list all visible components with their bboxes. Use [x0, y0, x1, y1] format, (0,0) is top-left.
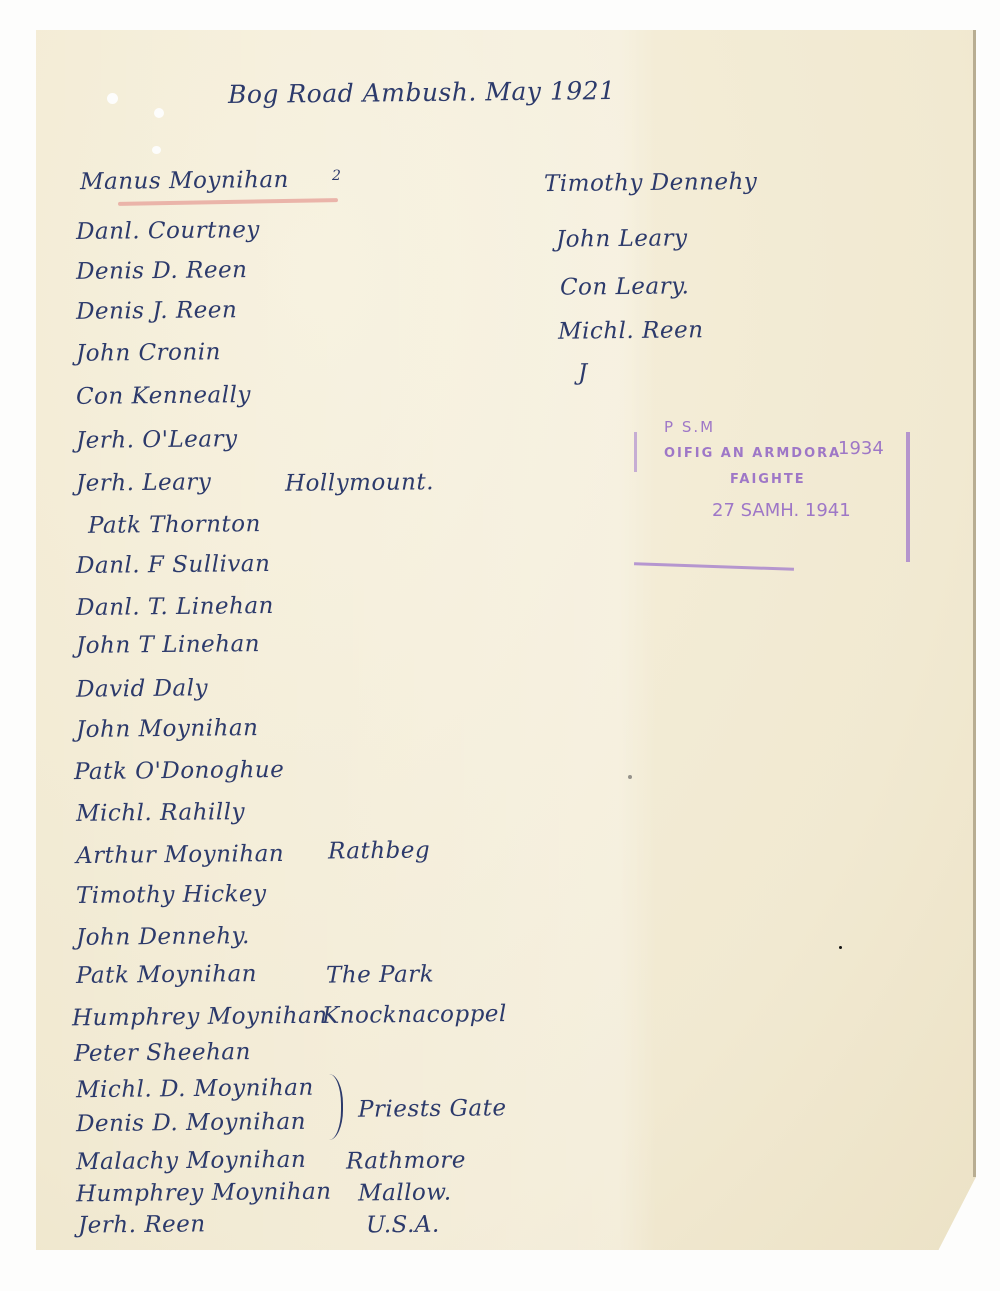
name-entry: Arthur Moynihan	[76, 841, 284, 869]
stamp-line: P S.M	[664, 418, 715, 436]
name-entry: Con Leary.	[560, 273, 690, 300]
name-entry: John Cronin	[76, 339, 221, 367]
stamp-date: 27 SAMH. 1941	[712, 500, 851, 521]
place-annotation: U.S.A.	[366, 1212, 440, 1239]
name-entry: John Dennehy.	[76, 923, 250, 951]
name-entry: Timothy Hickey	[76, 881, 267, 909]
office-stamp: P S.M 1934 OIFIG AN ARMDORA FAIGHTE 27 S…	[630, 418, 910, 568]
name-entry: Jerh. O'Leary	[76, 426, 238, 454]
name-entry: Patk Thornton	[88, 511, 261, 539]
name-entry: Michl. Reen	[558, 317, 704, 345]
paper-speck	[628, 775, 632, 779]
name-entry: Danl. Courtney	[76, 217, 260, 245]
place-annotation: Knocknacoppel	[322, 1001, 507, 1029]
paper-edge	[973, 30, 976, 1177]
punch-hole	[152, 146, 161, 154]
punch-hole	[154, 108, 164, 118]
name-entry: Humphrey Moynihan	[72, 1003, 328, 1032]
name-entry: Patk O'Donoghue	[74, 757, 284, 785]
name-entry: Michl. D. Moynihan	[76, 1075, 314, 1103]
name-entry: David Daly	[76, 675, 208, 702]
place-annotation: Rathbeg	[328, 837, 430, 864]
stamp-line: OIFIG AN ARMDORA	[664, 446, 841, 461]
name-entry: Michl. Rahilly	[76, 799, 245, 827]
name-entry: Peter Sheehan	[74, 1039, 251, 1067]
name-entry: Patk Moynihan	[76, 961, 257, 989]
name-entry: Con Kenneally	[76, 382, 251, 410]
name-entry: Danl. T. Linehan	[76, 593, 274, 621]
place-annotation: The Park	[326, 961, 434, 988]
place-annotation: Mallow.	[358, 1180, 452, 1207]
name-entry: Malachy Moynihan	[76, 1147, 306, 1175]
stamp-line: FAIGHTE	[730, 472, 806, 487]
name-entry: J	[578, 360, 588, 386]
name-entry: Denis D. Moynihan	[76, 1109, 306, 1137]
punch-hole	[107, 93, 118, 104]
place-annotation: Rathmore	[346, 1147, 466, 1174]
name-entry: Humphrey Moynihan	[76, 1179, 332, 1208]
place-annotation: Priests Gate	[358, 1095, 507, 1123]
name-entry: Jerh. Reen	[78, 1211, 206, 1238]
name-entry: Denis D. Reen	[76, 257, 248, 285]
name-entry: Timothy Dennehy	[544, 169, 758, 197]
place-annotation: Hollymount.	[285, 469, 434, 497]
name-entry: John Leary	[556, 225, 688, 252]
name-entry: Manus Moynihan	[80, 167, 289, 195]
stamp-year: 1934	[838, 438, 884, 459]
name-entry: Danl. F Sullivan	[76, 551, 271, 579]
document-title: Bog Road Ambush. May 1921	[228, 76, 616, 109]
name-entry: Denis J. Reen	[76, 297, 238, 325]
name-entry: Jerh. Leary	[76, 469, 212, 496]
note-mark: 2	[332, 168, 341, 184]
name-entry: John T Linehan	[76, 631, 260, 659]
stamp-border	[634, 432, 637, 472]
name-entry: John Moynihan	[76, 715, 259, 743]
stamp-border	[906, 432, 910, 562]
paper-speck	[839, 946, 842, 949]
